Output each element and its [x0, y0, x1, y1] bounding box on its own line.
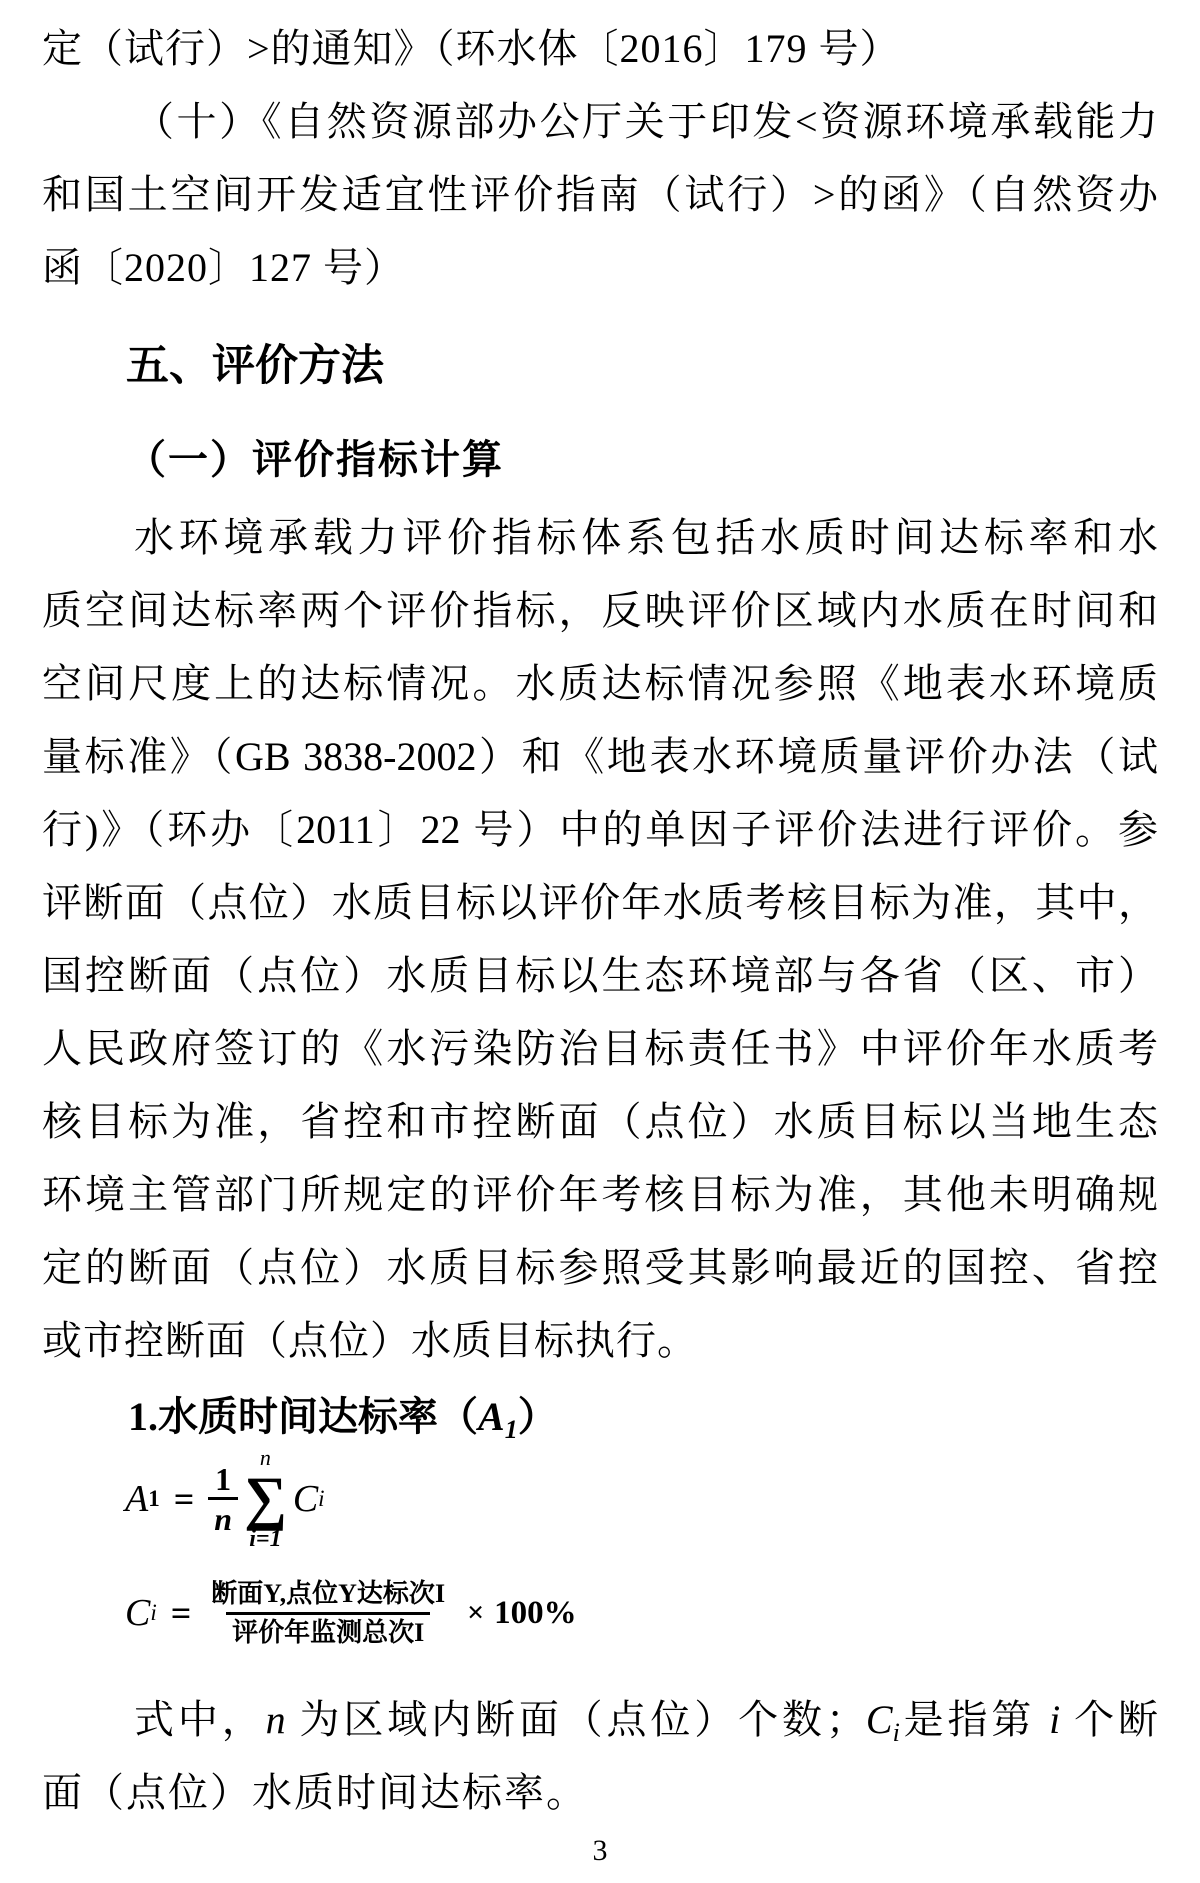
variable-c-subscript: i — [893, 1718, 900, 1747]
formula-term-subscript: i — [318, 1486, 324, 1512]
formula-lhs-a: A — [125, 1477, 148, 1521]
item-number: 1. — [128, 1394, 158, 1439]
paragraph-line: 行)》（环办〔2011〕22 号）中的单因子评价法进行评价。参 — [42, 807, 1158, 853]
paragraph-line: 定的断面（点位）水质目标参照受其影响最近的国控、省控 — [42, 1245, 1158, 1291]
formula-lhs-subscript: i — [150, 1600, 156, 1626]
formula-lhs-c: C — [125, 1591, 150, 1635]
paragraph-line: 人民政府签订的《水污染防治目标责任书》中评价年水质考 — [42, 1026, 1158, 1072]
paragraph-line: 函〔2020〕127 号） — [42, 245, 1158, 291]
fraction-attainment: 断面Y,点位Y达标次I 评价年监测总次I — [205, 1578, 451, 1649]
paragraph-line: 或市控断面（点位）水质目标执行。 — [42, 1318, 1158, 1364]
formula-lhs-subscript: 1 — [148, 1486, 160, 1512]
paragraph-line: 量标准》（GB 3838-2002）和《地表水环境质量评价办法（试 — [42, 734, 1158, 780]
sigma-symbol: ∑ — [244, 1469, 287, 1527]
paragraph-line: （十）《自然资源部办公厅关于印发<资源环境承载能力 — [42, 99, 1158, 145]
formula-a1: A1 = 1 n n ∑ i=1 Ci — [125, 1444, 325, 1554]
fraction-denominator: 评价年监测总次I — [226, 1612, 430, 1649]
fraction-1-over-n: 1 n — [208, 1463, 238, 1536]
equals-sign: = — [174, 1478, 195, 1520]
multiplication-sign: × — [467, 1596, 484, 1630]
summation-lower-bound: i=1 — [249, 1527, 281, 1551]
fraction-numerator: 断面Y,点位Y达标次I — [205, 1578, 451, 1612]
paragraph-line: 核目标为准，省控和市控断面（点位）水质目标以当地生态 — [42, 1099, 1158, 1145]
paragraph-line: 空间尺度上的达标情况。水质达标情况参照《地表水环境质 — [42, 661, 1158, 707]
variable-c: C — [866, 1697, 893, 1742]
text-segment: 是指第 — [900, 1697, 1049, 1742]
variable-n: n — [266, 1697, 286, 1742]
open-paren: （ — [438, 1394, 478, 1439]
text-segment: 式中， — [134, 1697, 266, 1742]
formula-ci: Ci = 断面Y,点位Y达标次I 评价年监测总次I × 100% — [125, 1566, 577, 1660]
page-number: 3 — [0, 1834, 1200, 1868]
text-segment: 个断 — [1060, 1697, 1158, 1742]
document-page: 定（试行）>的通知》（环水体〔2016〕179 号） （十）《自然资源部办公厅关… — [0, 0, 1200, 1883]
paragraph-line: 面（点位）水质时间达标率。 — [42, 1770, 1158, 1816]
section-heading: 五、评价方法 — [126, 342, 384, 390]
item-title: 水质时间达标率 — [158, 1394, 438, 1439]
formula-term-c: C — [293, 1477, 318, 1521]
paragraph-line: 定（试行）>的通知》（环水体〔2016〕179 号） — [42, 26, 1158, 72]
paragraph-line: 和国土空间开发适宜性评价指南（试行）>的函》（自然资办 — [42, 172, 1158, 218]
paragraph-line: 国控断面（点位）水质目标以生态环境部与各省（区、市） — [42, 953, 1158, 999]
paragraph-line: 评断面（点位）水质目标以评价年水质考核目标为准，其中， — [42, 880, 1158, 926]
text-segment: 为区域内断面（点位）个数； — [286, 1697, 866, 1742]
fraction-numerator: 1 — [209, 1463, 237, 1497]
numerator-tail: I — [435, 1579, 445, 1608]
fraction-denominator: n — [208, 1497, 238, 1536]
paragraph-line: 质空间达标率两个评价指标，反映评价区域内水质在时间和 — [42, 588, 1158, 634]
paragraph-line: 式中，n 为区域内断面（点位）个数；Ci是指第 i 个断 — [42, 1697, 1158, 1756]
variable-a-subscript: 1 — [505, 1415, 518, 1444]
equals-sign: = — [171, 1592, 192, 1634]
denominator-tail: I — [414, 1618, 424, 1647]
close-paren: ） — [518, 1394, 558, 1439]
variable-a: A — [478, 1394, 505, 1439]
paragraph-line: 环境主管部门所规定的评价年考核目标为准，其他未明确规 — [42, 1172, 1158, 1218]
variable-i: i — [1049, 1697, 1060, 1742]
summation: n ∑ i=1 — [244, 1447, 287, 1551]
subsection-heading: （一）评价指标计算 — [126, 437, 504, 483]
percent-value: 100% — [494, 1595, 577, 1632]
paragraph-line: 水环境承载力评价指标体系包括水质时间达标率和水 — [42, 515, 1158, 561]
